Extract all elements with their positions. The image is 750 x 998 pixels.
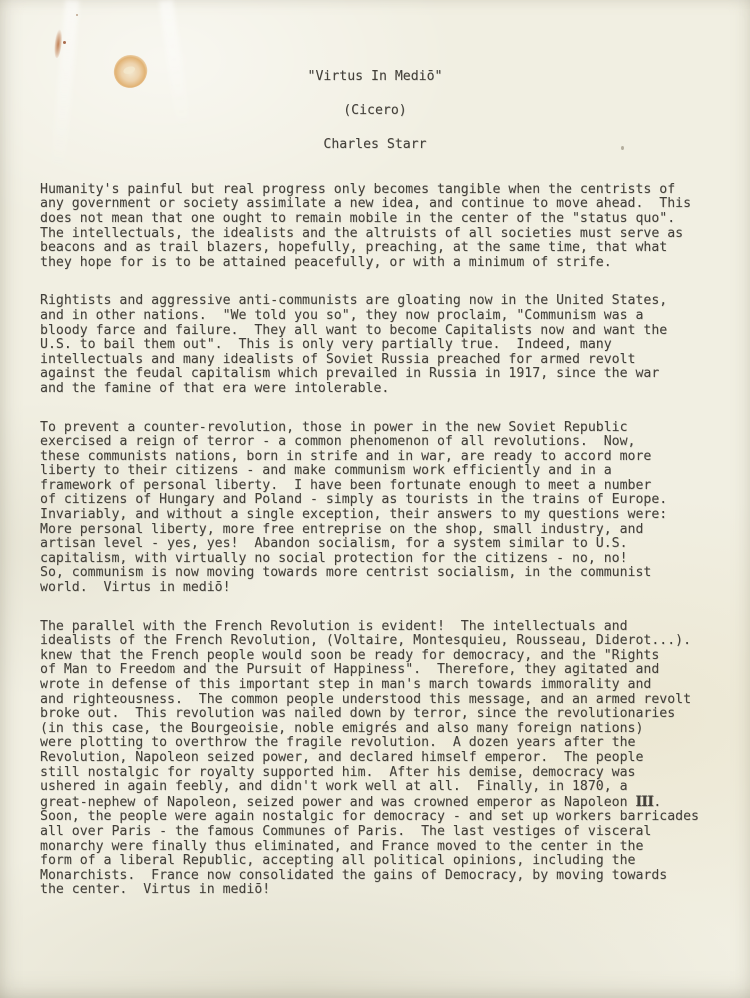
text-line: and in other nations. "We told you so", … (40, 309, 712, 324)
text-line: To prevent a counter-revolution, those i… (40, 421, 712, 436)
text-line: ushered in again feebly, and didn't work… (40, 780, 712, 795)
paragraph-2: Rightists and aggressive anti-communists… (40, 294, 712, 396)
text-line: they hope for is to be attained peaceful… (40, 256, 712, 271)
paper-speck (76, 14, 78, 16)
text-line: of citizens of Hungary and Poland - simp… (40, 493, 712, 508)
text-line: artisan level - yes, yes! Abandon social… (40, 537, 712, 552)
text-line: broke out. This revolution was nailed do… (40, 707, 712, 722)
text-line: bloody farce and failure. They all want … (40, 324, 712, 339)
text-line: So, communism is now moving towards more… (40, 566, 712, 581)
text-line: Rightists and aggressive anti-communists… (40, 294, 712, 309)
paragraph-4: The parallel with the French Revolution … (40, 620, 712, 898)
text-line: Soon, the people were again nostalgic fo… (40, 810, 712, 825)
text-line: U.S. to bail them out". This is only ver… (40, 338, 712, 353)
text-line: The intellectuals, the idealists and the… (40, 227, 712, 242)
roman-numeral-three: III (635, 794, 653, 810)
text-line: form of a liberal Republic, accepting al… (40, 854, 712, 869)
text-line: intellectuals and many idealists of Sovi… (40, 353, 712, 368)
text-line: and righteousness. The common people und… (40, 693, 712, 708)
text-line: Humanity's painful but real progress onl… (40, 183, 712, 198)
text-line: The parallel with the French Revolution … (40, 620, 712, 635)
text-line: and the famine of that era were intolera… (40, 382, 712, 397)
text-line: still nostalgic for royalty supported hi… (40, 766, 712, 781)
text-line: all over Paris - the famous Communes of … (40, 825, 712, 840)
document-body: Humanity's painful but real progress onl… (40, 183, 712, 898)
paragraph-3: To prevent a counter-revolution, those i… (40, 421, 712, 596)
text-line: More personal liberty, more free entrepr… (40, 523, 712, 538)
text-line: the center. Virtus in mediō! (40, 883, 712, 898)
paragraph-1: Humanity's painful but real progress onl… (40, 183, 712, 271)
text-line: exercised a reign of terror - a common p… (40, 435, 712, 450)
paper-speck (63, 41, 66, 44)
text-line: of Man to Freedom and the Pursuit of Hap… (40, 663, 712, 678)
text-line: against the feudal capitalism which prev… (40, 367, 712, 382)
document-header: "Virtus In Mediō" (Cicero) Charles Starr (0, 0, 750, 153)
text-line: Monarchists. France now consolidated the… (40, 869, 712, 884)
text-line: Revolution, Napoleon seized power, and d… (40, 751, 712, 766)
document-attribution: (Cicero) (0, 104, 750, 119)
text-line: knew that the French people would soon b… (40, 649, 712, 664)
text-line: these communists nations, born in strife… (40, 450, 712, 465)
document-page: "Virtus In Mediō" (Cicero) Charles Starr… (0, 0, 750, 998)
text-line: any government or society assimilate a n… (40, 197, 712, 212)
text-line: Invariably, and without a single excepti… (40, 508, 712, 523)
text-line: world. Virtus in mediō! (40, 581, 712, 596)
text-line: beacons and as trail blazers, hopefully,… (40, 241, 712, 256)
text-line: monarchy were finally thus eliminated, a… (40, 840, 712, 855)
text-line: capitalism, with virtually no social pro… (40, 552, 712, 567)
document-author: Charles Starr (0, 138, 750, 153)
document-title: "Virtus In Mediō" (0, 70, 750, 85)
text-line: idealists of the French Revolution, (Vol… (40, 634, 712, 649)
text-line: wrote in defense of this important step … (40, 678, 712, 693)
text-line: does not mean that one ought to remain m… (40, 212, 712, 227)
text-line: liberty to their citizens - and make com… (40, 464, 712, 479)
paper-speck (621, 146, 624, 150)
text-line: framework of personal liberty. I have be… (40, 479, 712, 494)
text-line: great-nephew of Napoleon, seized power a… (40, 795, 712, 811)
text-line: (in this case, the Bourgeoisie, noble em… (40, 722, 712, 737)
text-line: were plotting to overthrow the fragile r… (40, 736, 712, 751)
